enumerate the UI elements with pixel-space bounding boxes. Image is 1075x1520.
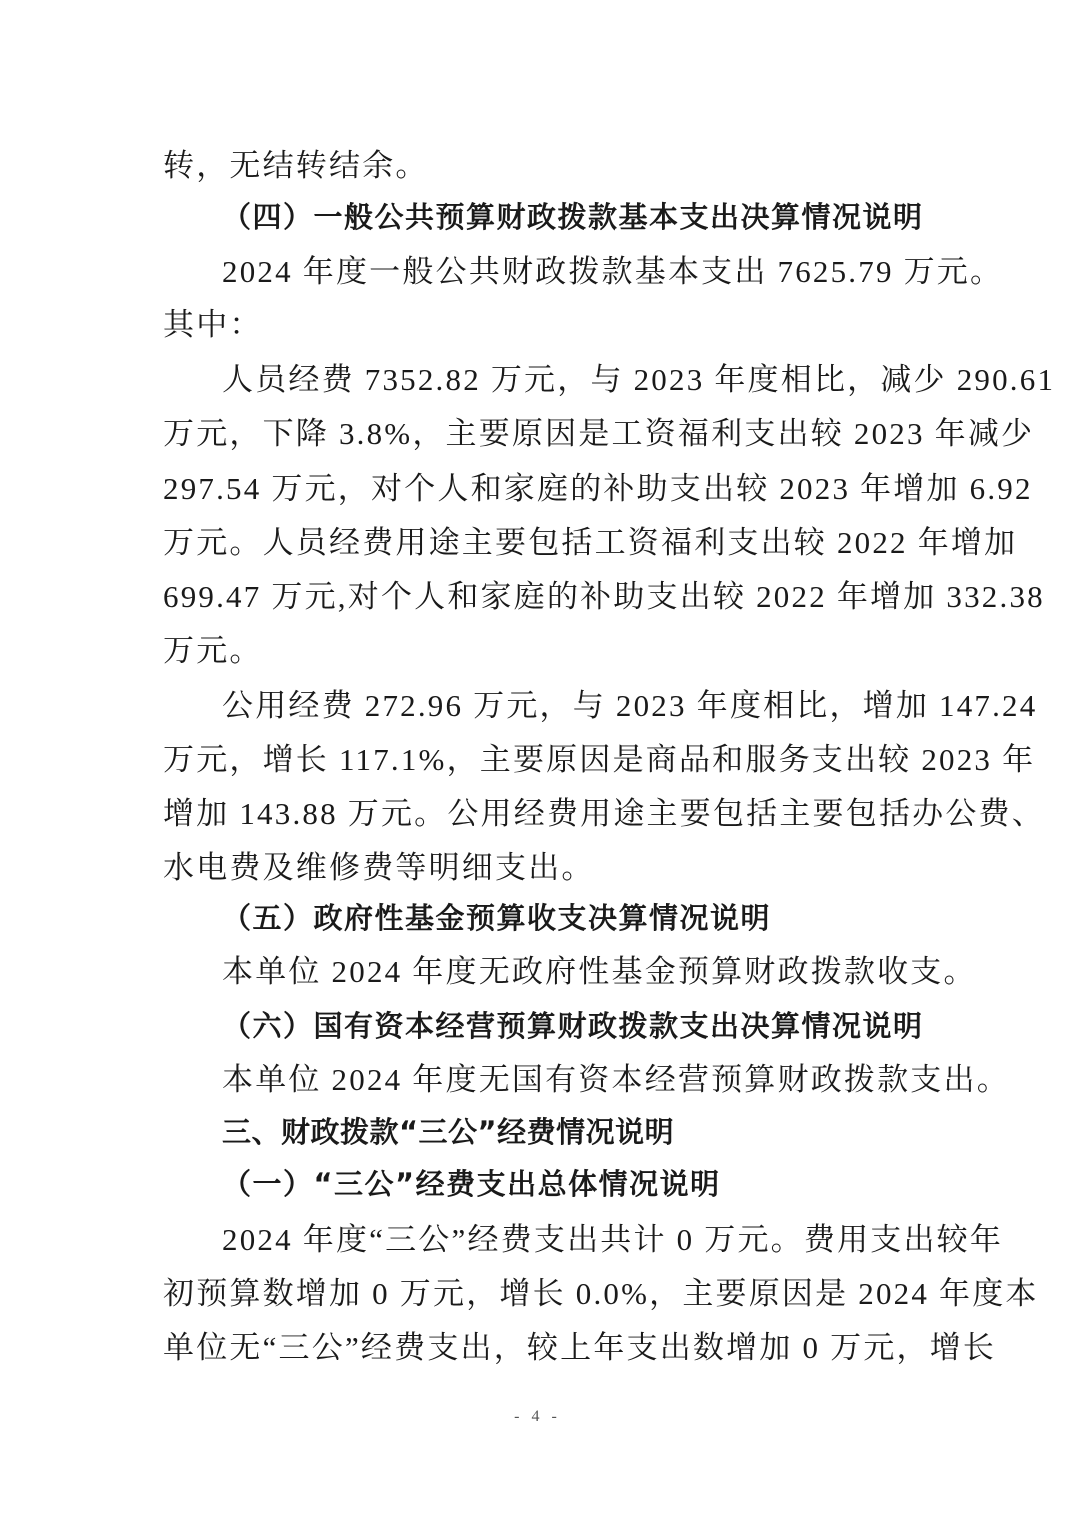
page-number: - 4 - [0, 1408, 1075, 1426]
paragraph-line: 万元，下降 3.8%，主要原因是工资福利支出较 2023 年减少 [163, 414, 923, 454]
paragraph-line: 增加 143.88 万元。公用经费用途主要包括主要包括办公费、 [163, 794, 923, 834]
subheading-three-public-overall: （一）“三公”经费支出总体情况说明 [222, 1164, 982, 1204]
section-heading-three-public-expenses: 三、财政拨款“三公”经费情况说明 [222, 1112, 982, 1152]
document-page: 转，无结转结余。 （四）一般公共预算财政拨款基本支出决算情况说明 2024 年度… [0, 0, 1075, 1520]
paragraph-line: 初预算数增加 0 万元，增长 0.0%，主要原因是 2024 年度本 [163, 1274, 923, 1314]
paragraph-line: 人员经费 7352.82 万元，与 2023 年度相比，减少 290.61 [222, 360, 982, 400]
paragraph-line: 本单位 2024 年度无国有资本经营预算财政拨款支出。 [222, 1060, 982, 1100]
paragraph-line: 万元。 [163, 631, 923, 671]
paragraph-line: 单位无“三公”经费支出，较上年支出数增加 0 万元，增长 [163, 1328, 923, 1368]
subheading-state-capital-budget: （六）国有资本经营预算财政拨款支出决算情况说明 [222, 1006, 982, 1046]
paragraph-line: 2024 年度“三公”经费支出共计 0 万元。费用支出较年 [222, 1220, 982, 1260]
subheading-general-budget-basic-expenditure: （四）一般公共预算财政拨款基本支出决算情况说明 [222, 197, 982, 237]
paragraph-line: 297.54 万元，对个人和家庭的补助支出较 2023 年增加 6.92 [163, 469, 923, 509]
paragraph-line: 转，无结转结余。 [163, 146, 923, 186]
subheading-government-fund-budget: （五）政府性基金预算收支决算情况说明 [222, 898, 982, 938]
paragraph-line: 公用经费 272.96 万元，与 2023 年度相比，增加 147.24 [222, 686, 982, 726]
paragraph-line: 水电费及维修费等明细支出。 [163, 848, 923, 888]
paragraph-line: 本单位 2024 年度无政府性基金预算财政拨款收支。 [222, 952, 982, 992]
paragraph-line: 万元。人员经费用途主要包括工资福利支出较 2022 年增加 [163, 523, 923, 563]
paragraph-line: 699.47 万元,对个人和家庭的补助支出较 2022 年增加 332.38 [163, 577, 923, 617]
paragraph-line: 2024 年度一般公共财政拨款基本支出 7625.79 万元。 [222, 252, 982, 292]
paragraph-line: 其中： [163, 305, 923, 345]
paragraph-line: 万元，增长 117.1%，主要原因是商品和服务支出较 2023 年 [163, 740, 923, 780]
